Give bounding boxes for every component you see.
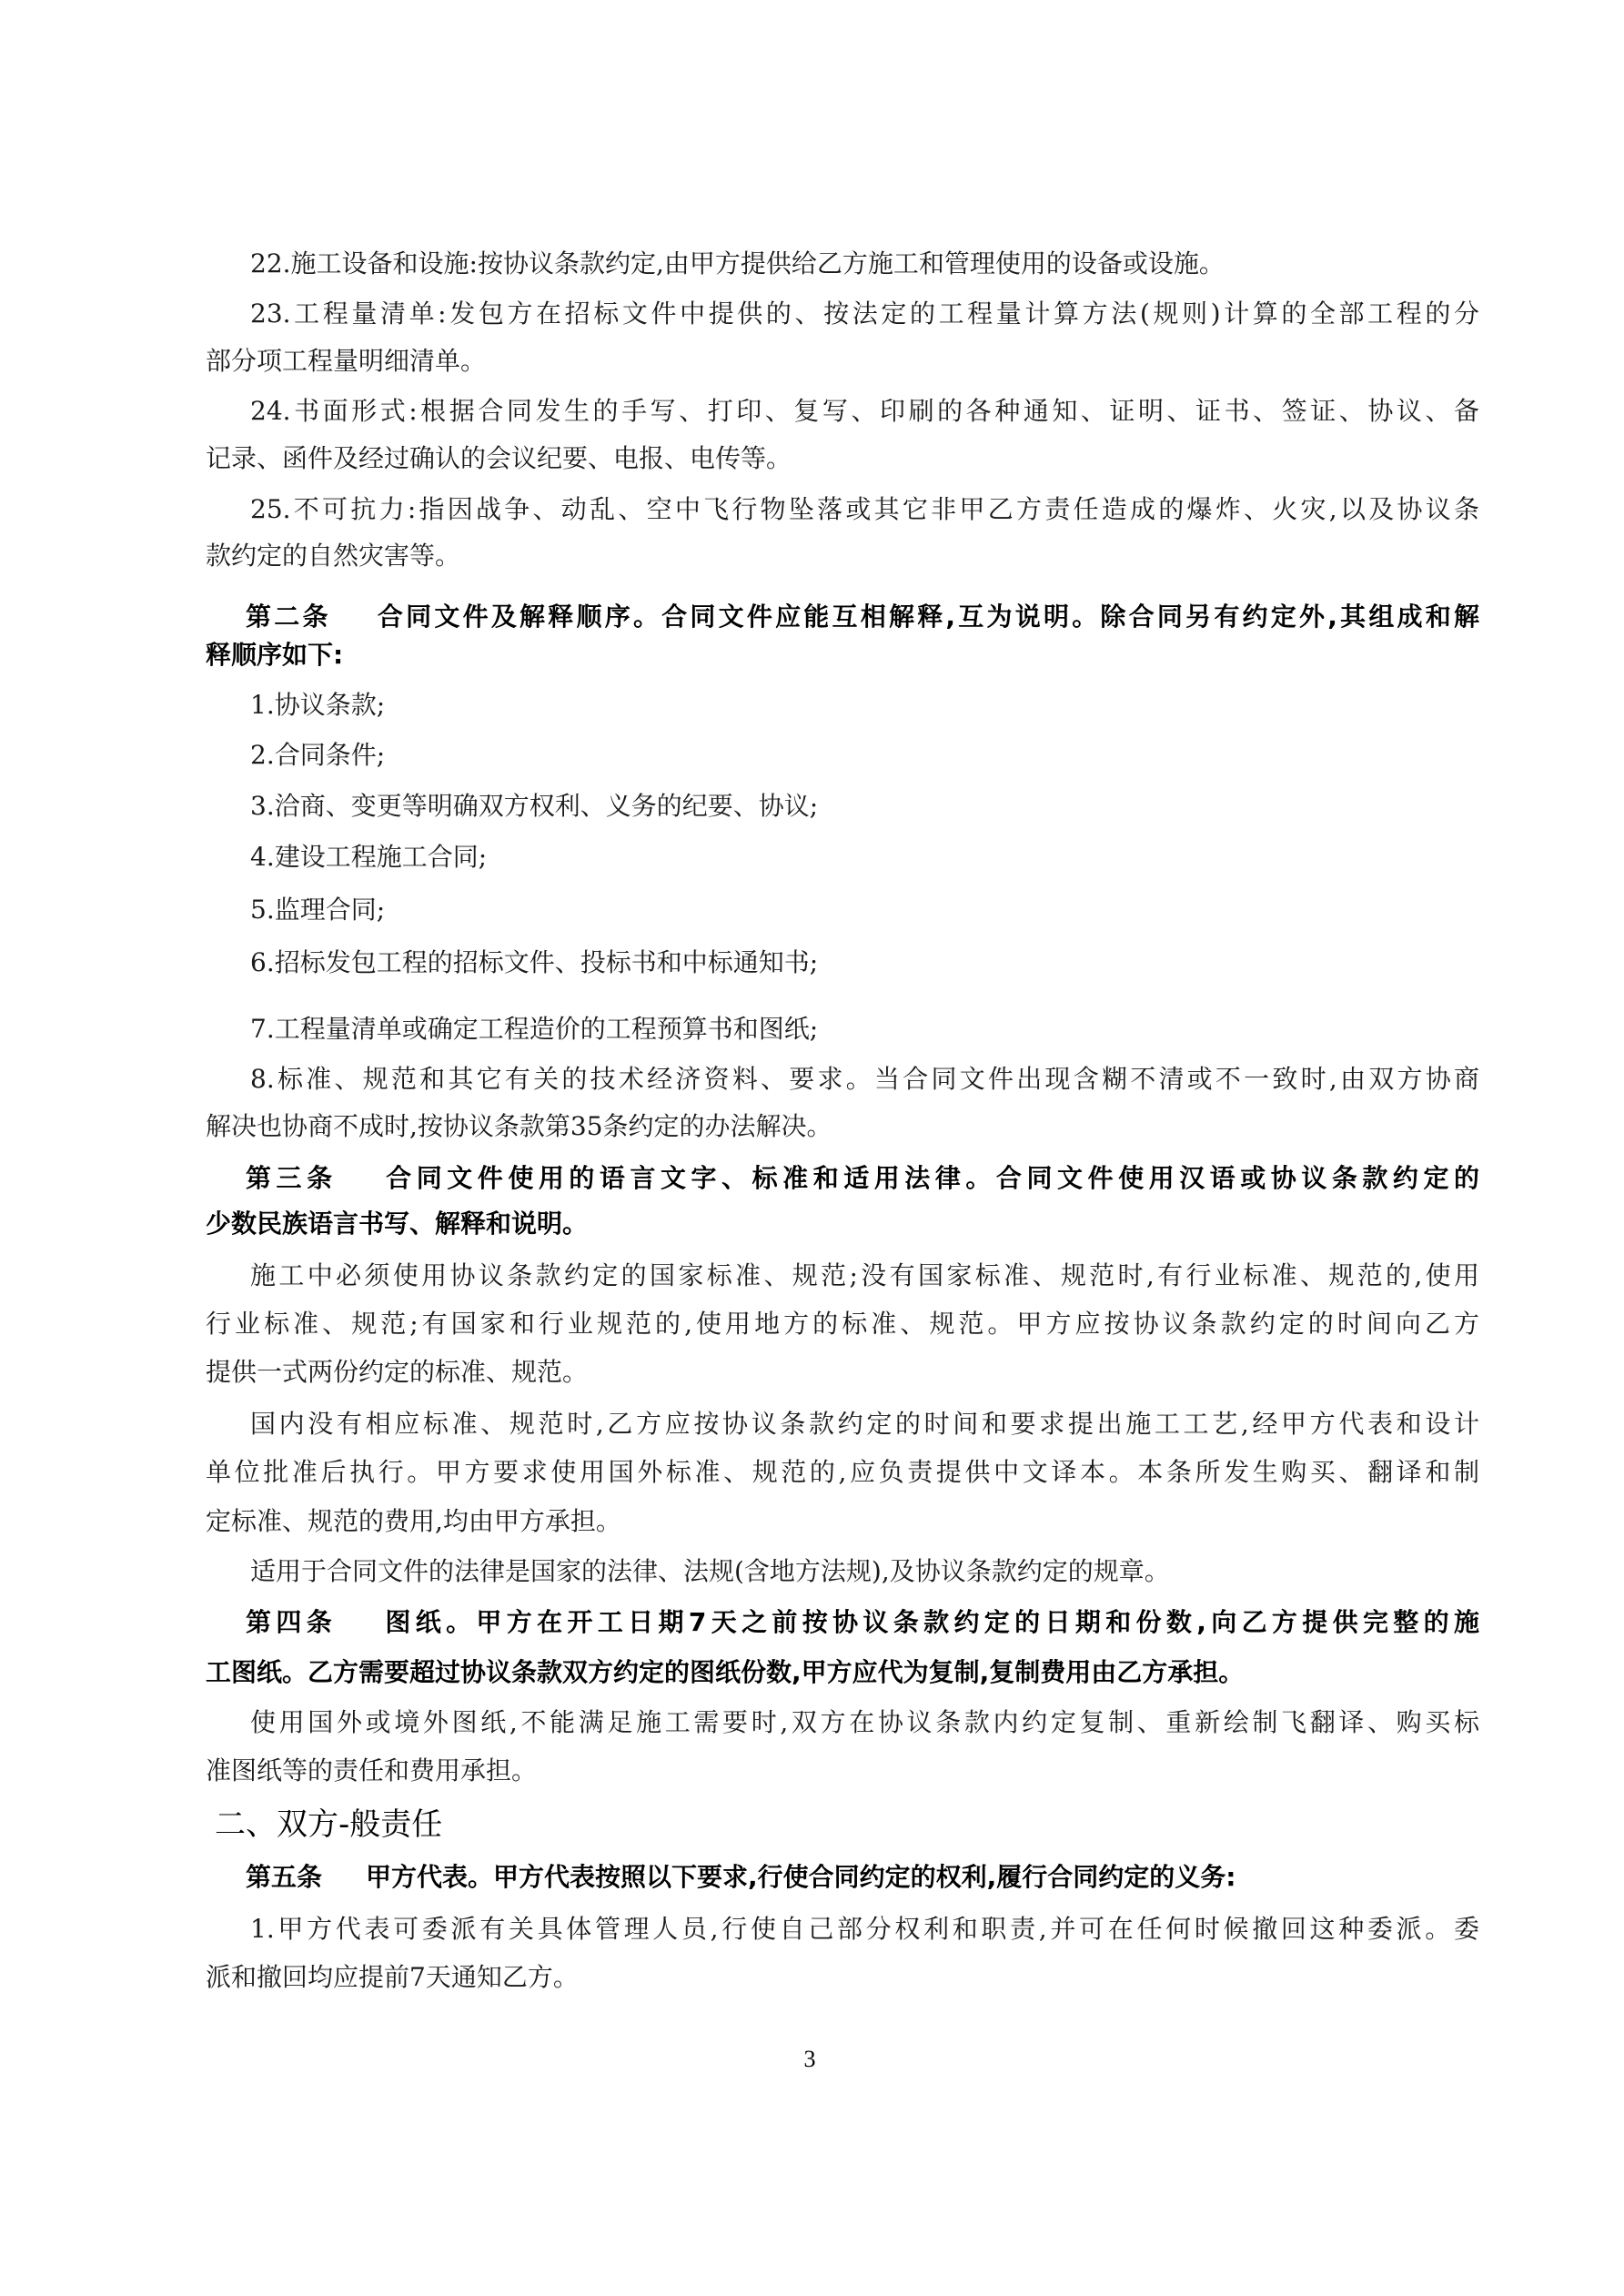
document-page: 22.施工设备和设施:按协议条款约定,由甲方提供给乙方施工和管理使用的设备或设施… xyxy=(0,0,1624,2296)
article-3-label: 第三条 xyxy=(246,1163,338,1193)
definition-24-line-1: 24.书面形式:根据合同发生的手写、打印、复写、印刷的各种通知、证明、证书、签证… xyxy=(250,393,1479,430)
article-5-item-1-line-1: 1.甲方代表可委派有关具体管理人员,行使自己部分权利和职责,并可在任何时候撤回这… xyxy=(250,1911,1479,1947)
article-3-para-2-line-1: 国内没有相应标准、规范时,乙方应按协议条款约定的时间和要求提出施工工艺,经甲方代… xyxy=(250,1406,1479,1442)
article-2-item-1: 1.协议条款; xyxy=(250,687,1479,723)
article-5-title-text: 甲方代表。甲方代表按照以下要求,行使合同约定的权利,履行合同约定的义务: xyxy=(366,1862,1236,1892)
article-2-title-line-1: 第二条合同文件及解释顺序。合同文件应能互相解释,互为说明。除合同另有约定外,其组… xyxy=(246,599,1479,635)
article-4-title: 图纸。甲方在开工日期7天之前按协议条款约定的日期和份数,向乙方提供完整的施 xyxy=(380,1607,1479,1637)
article-3-para-1-line-1: 施工中必须使用协议条款约定的国家标准、规范;没有国家标准、规范时,有行业标准、规… xyxy=(250,1258,1479,1294)
article-5-label: 第五条 xyxy=(246,1862,322,1892)
article-3-title-line-1: 第三条合同文件使用的语言文字、标准和适用法律。合同文件使用汉语或协议条款约定的 xyxy=(246,1160,1479,1197)
article-2-item-7: 7.工程量清单或确定工程造价的工程预算书和图纸; xyxy=(250,1011,1479,1047)
definition-23-line-1: 23.工程量清单:发包方在招标文件中提供的、按法定的工程量计算方法(规则)计算的… xyxy=(250,296,1479,332)
article-2-item-6: 6.招标发包工程的招标文件、投标书和中标通知书; xyxy=(250,945,1479,981)
article-5-title: 第五条甲方代表。甲方代表按照以下要求,行使合同约定的权利,履行合同约定的义务: xyxy=(246,1859,1479,1896)
article-3-para-1-line-3: 提供一式两份约定的标准、规范。 xyxy=(206,1354,1479,1391)
article-4-title-line-2: 工图纸。乙方需要超过协议条款双方约定的图纸份数,甲方应代为复制,复制费用由乙方承… xyxy=(206,1654,1479,1691)
article-3-title-line-2: 少数民族语言书写、解释和说明。 xyxy=(206,1206,1479,1242)
section-heading: 二、双方-般责任 xyxy=(215,1806,1488,1843)
article-5-item-1-line-2: 派和撤回均应提前7天通知乙方。 xyxy=(206,1959,1479,1996)
article-2-item-4: 4.建设工程施工合同; xyxy=(250,839,1479,875)
article-4-para-1-line-2: 准图纸等的责任和费用承担。 xyxy=(206,1753,1479,1789)
page-number: 3 xyxy=(782,2046,837,2073)
article-3-para-2-line-3: 定标准、规范的费用,均由甲方承担。 xyxy=(206,1503,1479,1540)
article-2-item-8-line-1: 8.标准、规范和其它有关的技术经济资料、要求。当合同文件出现含糊不清或不一致时,… xyxy=(250,1061,1479,1097)
article-2-item-3: 3.洽商、变更等明确双方权利、义务的纪要、协议; xyxy=(250,788,1479,824)
article-2-item-8-line-2: 解决也协商不成时,按协议条款第35条约定的办法解决。 xyxy=(206,1108,1479,1145)
definition-23-line-2: 部分项工程量明细清单。 xyxy=(206,343,1479,379)
article-2-item-5: 5.监理合同; xyxy=(250,892,1479,928)
article-4-title-line-1: 第四条图纸。甲方在开工日期7天之前按协议条款约定的日期和份数,向乙方提供完整的施 xyxy=(246,1604,1479,1641)
definition-25-line-2: 款约定的自然灾害等。 xyxy=(206,538,1479,574)
definition-24-line-2: 记录、函件及经过确认的会议纪要、电报、电传等。 xyxy=(206,440,1479,477)
article-4-label: 第四条 xyxy=(246,1607,337,1637)
article-4-para-1-line-1: 使用国外或境外图纸,不能满足施工需要时,双方在协议条款内约定复制、重新绘制飞翻译… xyxy=(250,1704,1479,1741)
article-2-label: 第二条 xyxy=(246,602,331,632)
article-3-para-1-line-2: 行业标准、规范;有国家和行业规范的,使用地方的标准、规范。甲方应按协议条款约定的… xyxy=(206,1306,1479,1342)
article-3-para-2-line-2: 单位批准后执行。甲方要求使用国外标准、规范的,应负责提供中文译本。本条所发生购买… xyxy=(206,1454,1479,1491)
article-2-title-line-2: 释顺序如下: xyxy=(206,637,1479,673)
article-3-para-3: 适用于合同文件的法律是国家的法律、法规(含地方法规),及协议条款约定的规章。 xyxy=(250,1553,1479,1590)
article-3-title: 合同文件使用的语言文字、标准和适用法律。合同文件使用汉语或协议条款约定的 xyxy=(381,1163,1479,1193)
article-2-title: 合同文件及解释顺序。合同文件应能互相解释,互为说明。除合同另有约定外,其组成和解 xyxy=(375,602,1479,632)
definition-22-line-1: 22.施工设备和设施:按协议条款约定,由甲方提供给乙方施工和管理使用的设备或设施… xyxy=(250,246,1479,282)
article-2-item-2: 2.合同条件; xyxy=(250,737,1479,774)
definition-25-line-1: 25.不可抗力:指因战争、动乱、空中飞行物坠落或其它非甲乙方责任造成的爆炸、火灾… xyxy=(250,491,1479,528)
